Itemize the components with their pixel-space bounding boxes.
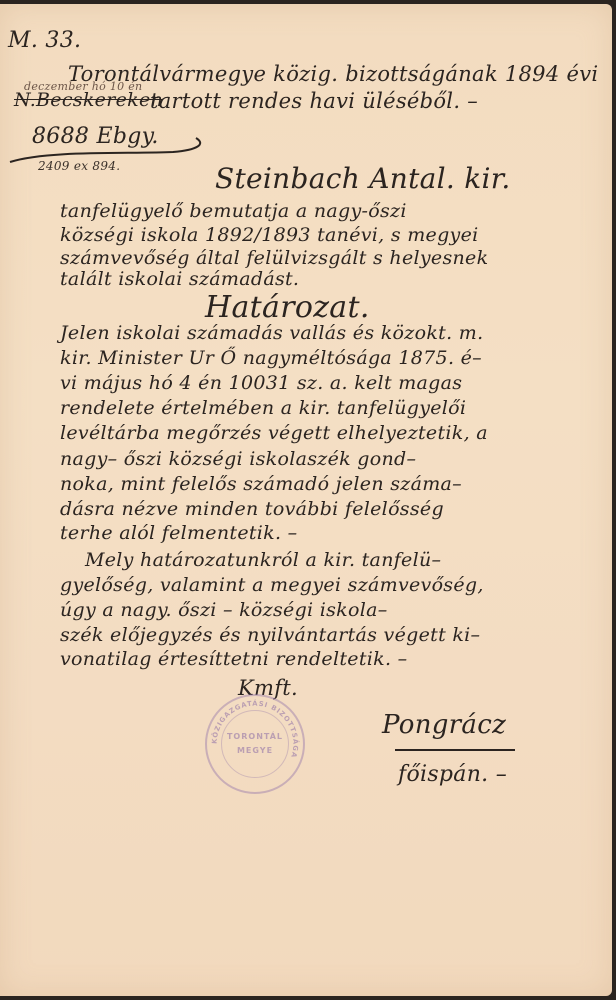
header-line-2: tartott rendes havi üléséből. – (150, 89, 478, 113)
signature-title: főispán. – (398, 762, 507, 787)
file-sub-number: 2409 ex 894. (38, 159, 120, 173)
stamp-center-line-1: TORONTÁL (207, 732, 303, 741)
intro-line: számvevőség által felülvizsgált s helyes… (60, 247, 488, 269)
header-line-1: Torontálvármegye közig. bizottságának 18… (68, 62, 598, 86)
body-line: Mely határozatunkról a kir. tanfelü– (85, 549, 441, 571)
body-line: dásra nézve minden további felelősség (60, 498, 444, 520)
decision-title: Határozat. (205, 290, 370, 325)
body-line: terhe alól felmentetik. – (60, 522, 297, 544)
body-line: úgy a nagy. őszi – községi iskola– (60, 599, 388, 621)
signature-underline (395, 749, 515, 751)
body-line: kir. Minister Ur Ő nagyméltósága 1875. é… (60, 347, 482, 369)
subject-name: Steinbach Antal. kir. (215, 162, 511, 195)
body-line: levéltárba megőrzés végett elhelyeztetik… (60, 422, 488, 444)
stamp-center-line-2: MEGYE (207, 746, 303, 755)
body-line: noka, mint felelős számadó jelen száma– (60, 473, 462, 495)
body-line: vi május hó 4 én 10031 sz. a. kelt magas (60, 372, 462, 394)
signature: Pongrácz (382, 710, 506, 740)
body-line: rendelete értelmében a kir. tanfelügyelő… (60, 397, 466, 419)
body-line: szék előjegyzés és nyilvántartás végett … (60, 624, 480, 646)
official-stamp: KÖZIGAZGATÁSI BIZOTTSÁGA TORONTÁL MEGYE (205, 694, 305, 794)
body-line: vonatilag értesíttetni rendeltetik. – (60, 648, 407, 670)
body-line: gyelőség, valamint a megyei számvevőség, (60, 574, 484, 596)
body-line: Jelen iskolai számadás vallás és közokt.… (60, 322, 483, 344)
document-page: M. 33. Torontálvármegye közig. bizottság… (0, 4, 612, 996)
intro-line: talált iskolai számadást. (60, 268, 299, 290)
intro-line: tanfelügyelő bemutatja a nagy-őszi (60, 200, 407, 222)
header-struck-place: N.Becskereken (14, 89, 163, 111)
intro-line: községi iskola 1892/1893 tanévi, s megye… (60, 224, 479, 246)
body-line: nagy– őszi községi iskolaszék gond– (60, 448, 416, 470)
reference-mark: M. 33. (8, 28, 81, 53)
stamp-ring-text-icon: KÖZIGAZGATÁSI BIZOTTSÁGA (207, 696, 303, 792)
